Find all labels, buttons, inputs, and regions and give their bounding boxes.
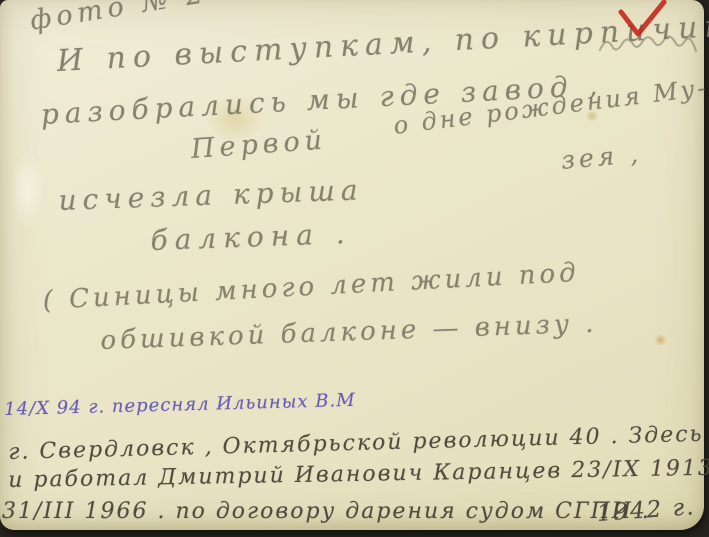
- handwriting-line: зея ,: [560, 139, 643, 175]
- scan-background: { "annotations": { "photo_label": "фото …: [0, 0, 709, 537]
- ink-note-line: 14/X 94 г. переснял Ильиных В.М: [4, 390, 356, 420]
- handwriting-line: балкона .: [150, 217, 352, 257]
- paper-crease: [10, 150, 44, 230]
- handwriting-line: обшивкой балконе — внизу .: [100, 309, 598, 356]
- photo-verso-paper: фото № 2 И по выступкам, по кирпичику ра…: [0, 0, 704, 530]
- handwriting-line: исчезла крыша: [58, 173, 364, 217]
- faint-pencil-scribble: [598, 26, 708, 62]
- handwriting-line: Первой: [190, 125, 328, 165]
- paper-stain: [654, 334, 667, 346]
- photo-number-label: фото № 2: [28, 0, 210, 37]
- handwriting-line: 31/III 1966 . по договору дарения судом …: [2, 499, 651, 524]
- handwriting-line: ( Синицы много лет жили под: [42, 258, 580, 316]
- handwriting-line: 1942 г.: [596, 494, 696, 527]
